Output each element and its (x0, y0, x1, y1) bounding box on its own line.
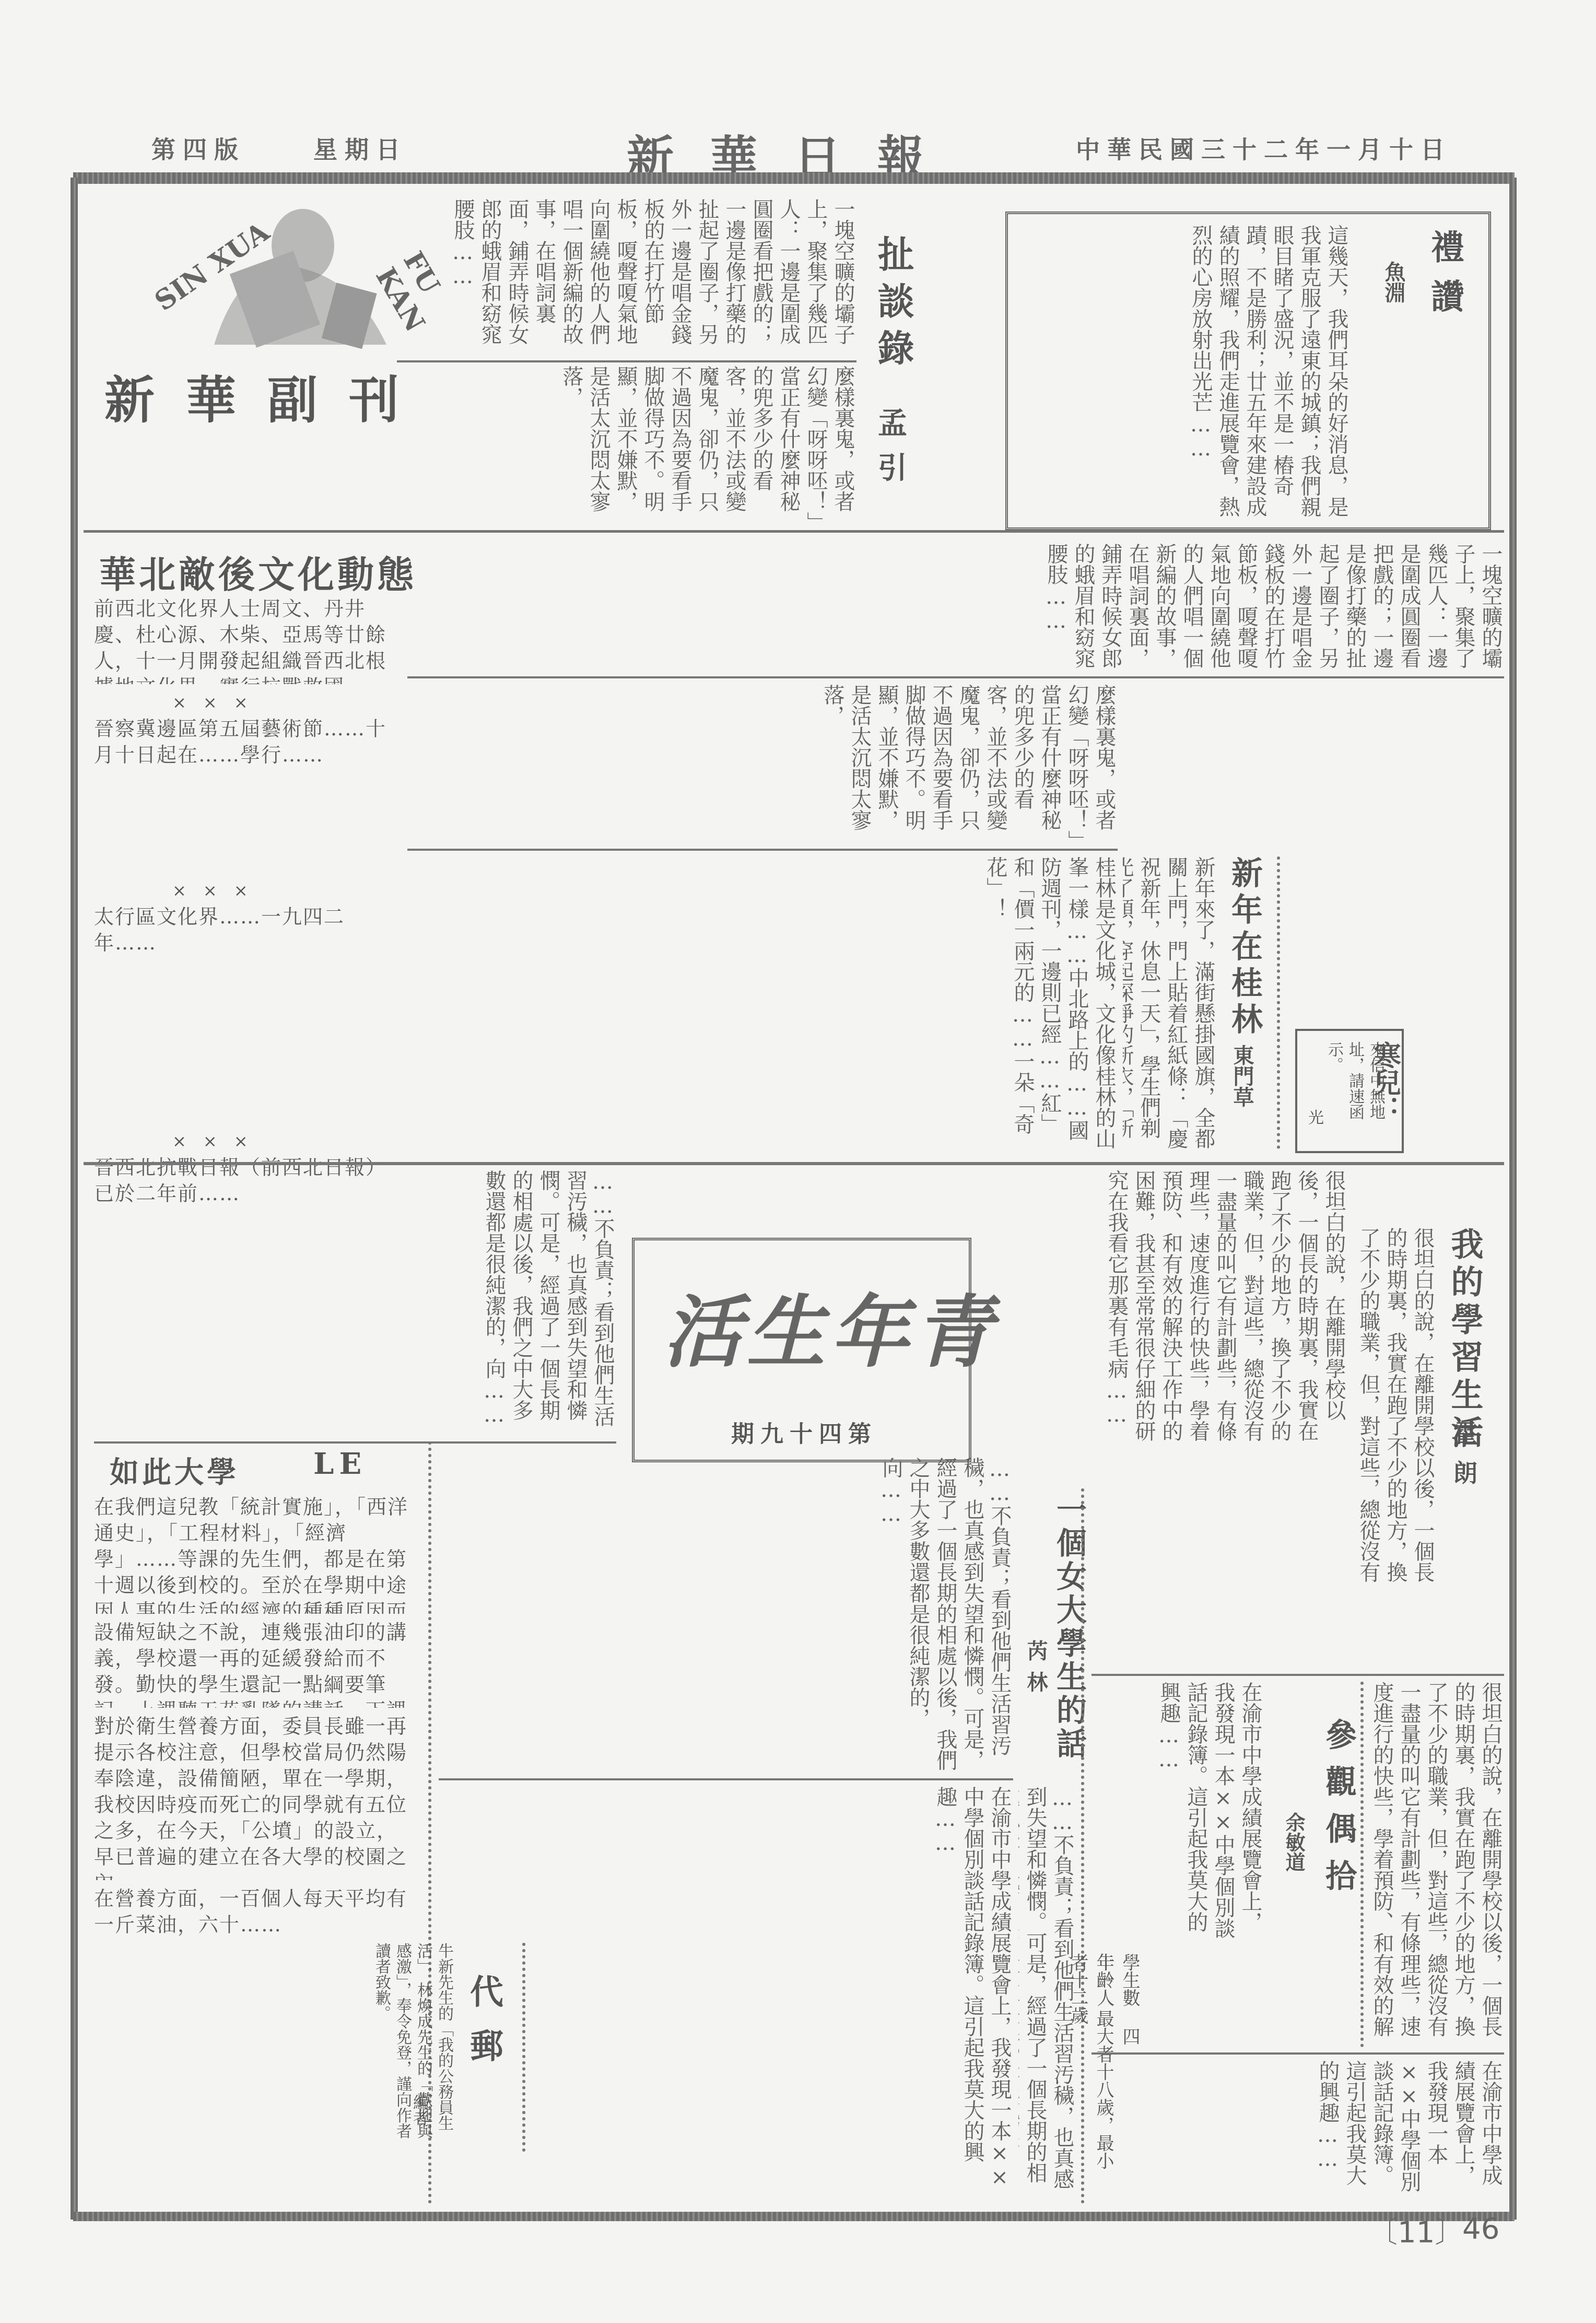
visit-stat-label: 年齡 (1093, 1953, 1114, 1989)
notice-box: 寒兒： 來信中無地址，請速函示。 光 (1295, 1029, 1404, 1153)
visit-notes-author: 余敏道 (1280, 1812, 1308, 1872)
new-year-guilin-body: 新年來了，滿街懸掛國旗，全都關上門，門上貼着紅紙條：「慶祝新年，休息一天」，學生… (1123, 857, 1217, 1149)
culture-news-para-2: 太行區文化界……一九四二年…… (94, 904, 392, 1123)
such-university-para-3: 在營養方面，一百個人每天平均有一斤菜油，六十…… (94, 1885, 418, 2193)
footer-volume: 〔11〕 (1368, 2209, 1464, 2251)
culture-news-sep-3: × × × (172, 1128, 248, 1152)
chetan-title: 扯談錄 (867, 235, 920, 376)
guilin-culture-city: 桂林是文化城，文化像桂林的山峯一樣……中北路上的……國防週刊，一邊則已經……紅」… (407, 857, 1118, 1149)
left-rule (71, 178, 78, 2220)
new-year-guilin-author: 東門草 (1227, 1045, 1257, 1107)
chetan-author: 孟引 (870, 407, 911, 497)
visit-bottom-rule (1092, 2052, 1504, 2055)
female-student-title: 一個女大學生的話 (1047, 1494, 1091, 1761)
visit-notes-right-body: 很坦白的說，在離開學校以後，一個長的時期裏，我實在跑了不少的地方，換了不少的職業… (1368, 1682, 1504, 2047)
li-zan-body: 這幾天，我們耳朵的好消息，是我軍克服了遠東的城鎮；我們親眼目睹了盛況，並不是一樁… (1016, 225, 1350, 517)
visit-top-rule (1092, 1674, 1504, 1676)
female-student-author: 芮林 (1021, 1640, 1051, 1703)
such-university-title: 如此大學 (110, 1449, 239, 1491)
culture-news-title: 華北敵後文化動態 (99, 546, 417, 599)
chetan-divider (397, 360, 856, 362)
chetan-body-bottom: 麼樣裏鬼，或者幻變「呀呀呸！」當正有什麼神秘的兜多少的看客，並不法或變魔鬼，卻仍… (397, 366, 856, 522)
youth-left-body: ……不負責；看到他們生活習汚穢，也真感到失望和憐憫。可是，經過了一個長期的相處以… (94, 1170, 616, 1431)
new-year-guilin-title: 新年在桂林 (1222, 857, 1267, 1039)
dai-you-title: 代郵 (460, 1974, 508, 2083)
such-university-para-2: 對於衛生營養方面，委員長雖一再提示各校注意，但學校當局仍然陽奉陰違，設備簡陋，單… (94, 1713, 418, 1880)
visit-notes-title: 參觀偶拾 (1316, 1718, 1361, 1906)
culture-news-sep-1: × × × (172, 689, 248, 713)
header-date: 中華民國三十二年一月十日 (1076, 131, 1452, 167)
my-study-life-title: 我的學習生活 (1441, 1227, 1488, 1453)
masthead-title: 新華副刊 (104, 360, 430, 432)
chetan-body-top: 一塊空曠的壩子上，聚集了幾匹人：一邊是圍成圓圈看把戲的；一邊是像打藥的扯起了圈子… (397, 198, 856, 355)
band-divider-3 (407, 849, 1118, 851)
my-study-life-author: 霍朗 (1447, 1421, 1481, 1500)
center-lower-body-2: 在渝市中學成績展覽會上，我發現一本××中學個別談話記錄簿。這引起我莫大的興趣…… (554, 1786, 1013, 2193)
footer-page-number: 46 (1462, 2212, 1499, 2246)
wavy-divider-visit (1360, 1682, 1364, 2047)
header-page: 第四版 (151, 131, 245, 167)
chetan-continued-1: 一塊空曠的壩子上，聚集了幾匹人：一邊是圍成圓圈看把戲的；一邊是像打藥的扯起了圈子… (407, 543, 1504, 668)
wavy-divider-guilin (1277, 857, 1280, 1149)
culture-news-lead: 前西北文化界人士周文、丹井慶、杜心源、木柴、亞馬等廿餘人，十一月開發起組織晉西北… (94, 595, 392, 684)
notice-text: 來信中無地址，請速函示。 (1323, 1041, 1386, 1146)
youth-life-logo: 青年生活 (663, 1269, 997, 1382)
header-weekday: 星期日 (313, 131, 407, 167)
center-lower-body-1: ……不負責；看到他們生活習汚穢，也真感到失望和憐憫。可是，經過了一個長期的相處以… (439, 1457, 1013, 1770)
visit-stat-age: 年齡 最大者十八歲，最小者十二歲 (1065, 1953, 1117, 2183)
culture-news-sep-2: × × × (172, 877, 248, 901)
visit-stat-label: 學生數 (1119, 1953, 1140, 2007)
my-study-life-body: 很坦白的說，在離開學校以後，一個長的時期裏，我實在跑了不少的地方，換了不少的職業… (1358, 1227, 1436, 1593)
culture-news-para-1: 晉察冀邊區第五屆藝術節……十月十日起在……學行…… (94, 715, 392, 872)
youth-center-body: 很坦白的說，在離開學校以後，一個長的時期裏，我實在跑了不少的地方，換了不少的職業… (982, 1170, 1347, 1441)
visit-notes-body: 在渝市中學成績展覽會上，我發現一本××中學個別談話記錄簿。這引起我莫大的興趣…… (1092, 1682, 1264, 1943)
dai-you-sign: 編者 (407, 2094, 430, 2126)
such-university-para-1: 設備短缺之不說，連幾張油印的講義，學校還一再的延緩發給而不發。勤快的學生還記一點… (94, 1619, 418, 1708)
right-rule (1509, 178, 1517, 2220)
band-divider-1 (84, 530, 1504, 533)
li-zan-author: 魚淵 (1379, 261, 1409, 303)
top-rule (73, 172, 1515, 184)
notice-sign: 光 (1302, 1109, 1325, 1125)
chetan-continued-2: 麼樣裏鬼，或者幻變「呀呀呸！」當正有什麼神秘的兜多少的看客，並不法或變魔鬼，卻仍… (407, 684, 1118, 841)
li-zan-title: 禮讚 (1421, 230, 1469, 328)
wavy-divider-daiyou (522, 1943, 525, 2152)
such-university-top-rule (94, 1441, 616, 1444)
band-divider-4 (84, 1162, 1504, 1165)
youth-life-issue: 第四十九期 (731, 1415, 877, 1449)
band-divider-2 (407, 676, 1504, 678)
bottom-rule (73, 2212, 1515, 2221)
visit-notes-lower-body: 在渝市中學成績展覽會上，我發現一本××中學個別談話記錄簿。這引起我莫大的興趣…… (1149, 2060, 1504, 2196)
such-university-author: LE (313, 1447, 367, 1481)
center-lower-rule (439, 1778, 1013, 1780)
such-university-body: 在我們這兒教「統計實施」，「西洋通史」，「工程材料」，「經濟學」……等課的先生們… (94, 1494, 418, 1614)
